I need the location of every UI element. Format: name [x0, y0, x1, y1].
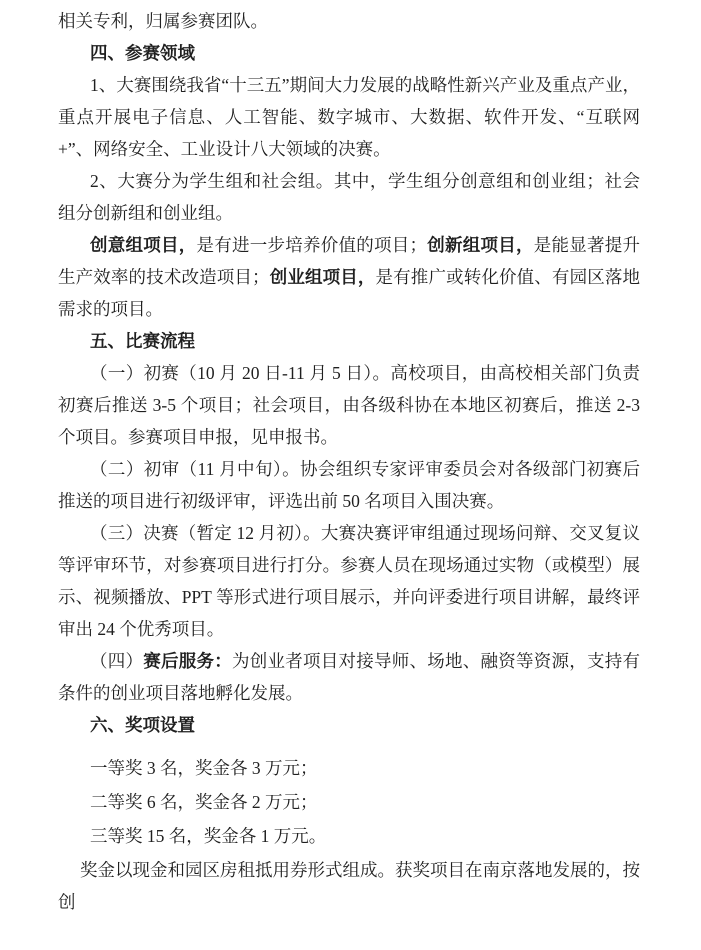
paragraph-post-competition-service: （四）赛后服务：为创业者项目对接导师、场地、融资等资源，支持有条件的创业项目落地…: [58, 645, 640, 709]
bold-run-innovation-group: 创新组项目，: [427, 235, 534, 255]
continuation-paragraph: 相关专利，归属参赛团队。: [58, 5, 640, 37]
paragraph-prize-composition: 奖金以现金和园区房租抵用券形式组成。获奖项目在南京落地发展的，按创: [58, 854, 640, 918]
heading-competition-process: 五、比赛流程: [58, 325, 640, 357]
document-page: 相关专利，归属参赛团队。 四、参赛领域 1、大赛围绕我省“十三五”期间大力发展的…: [0, 0, 701, 950]
bold-run-startup-group: 创业组项目，: [270, 267, 376, 287]
paragraph-final-round: （三）决赛（暂定 12 月初）。大赛决赛评审组通过现场问辩、交叉复议等评审环节，…: [58, 517, 640, 645]
award-line-third-prize: 三等奖 15 名，奖金各 1 万元。: [58, 820, 640, 852]
heading-awards: 六、奖项设置: [58, 709, 640, 741]
award-line-second-prize: 二等奖 6 名，奖金各 2 万元；: [58, 786, 640, 818]
bold-run-creative-group: 创意组项目，: [90, 235, 197, 255]
text-run: （四）: [90, 651, 143, 671]
text-run: 是有进一步培养价值的项目；: [197, 235, 428, 255]
bold-run-post-service: 赛后服务：: [143, 651, 232, 671]
heading-participation-fields: 四、参赛领域: [58, 37, 640, 69]
paragraph-groups: 2、大赛分为学生组和社会组。其中，学生组分创意组和创业组；社会组分创新组和创业组…: [58, 165, 640, 229]
paragraph-group-definitions: 创意组项目，是有进一步培养价值的项目；创新组项目，是能显著提升生产效率的技术改造…: [58, 229, 640, 325]
award-line-first-prize: 一等奖 3 名，奖金各 3 万元；: [58, 752, 640, 784]
paragraph-preliminary-round: （一）初赛（10 月 20 日-11 月 5 日）。高校项目，由高校相关部门负责…: [58, 357, 640, 453]
paragraph-initial-review: （二）初审（11 月中旬）。协会组织专家评审委员会对各级部门初赛后推送的项目进行…: [58, 453, 640, 517]
paragraph-industries: 1、大赛围绕我省“十三五”期间大力发展的战略性新兴产业及重点产业，重点开展电子信…: [58, 69, 640, 165]
